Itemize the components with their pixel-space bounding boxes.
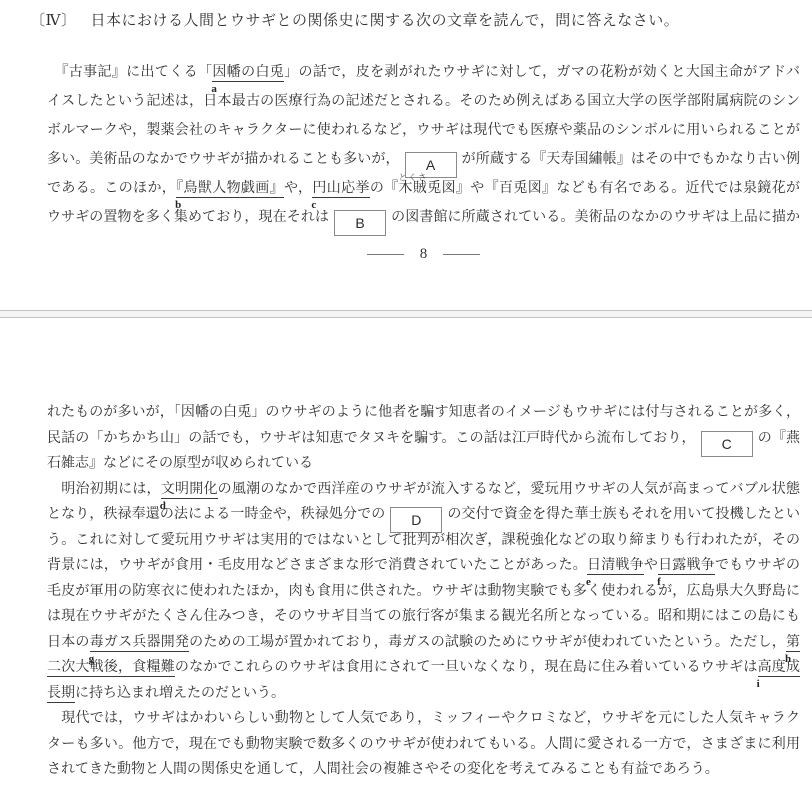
text-run: 背景には，ウサギが食用・毛皮用などさまざまな形で消費されていたことがあった。 [47,558,587,573]
text-run: 『古事記』に出てくる「 [47,65,212,80]
answer-box-b: B [334,210,386,236]
page2-passage: れたものが多いが，「因幡の白兎」のウサギのように他者を騙す知恵者のイメージもウサ… [47,400,800,783]
text-line: れたものが多いが，「因幡の白兎」のウサギのように他者を騙す知恵者のイメージもウサ… [47,400,800,426]
text-run: の『 [370,181,399,196]
text-run: の交付で資金を得た華士族もそれを用いて投機したとい [447,507,800,522]
furigana: とくさ [399,174,428,182]
heading-text: 日本における人間とウサギとの関係史に関する次の文章を読んで，問に答えなさい。 [91,13,680,29]
text-run: や， [284,181,312,196]
text-line: 二次大戦後，食糧難のなかでこれらのウサギは食用にされて一旦いなくなり，現在島に住… [47,655,800,681]
text-run: ボルマークや，製薬会社のキャラクターに使われるなど，ウサギは現代でも医療や薬品の… [47,123,800,138]
underlined-term: h第 [786,635,800,652]
text-line: 明治初期には，d文明開化の風潮のなかで西洋産のウサギが流入するなど，愛玩用ウサギ… [47,477,800,503]
underlined-term: b『鳥獣人物戯画』 [176,181,284,198]
text-run: に持ち込まれ増えたのだという。 [75,686,285,701]
text-line: 背景には，ウサギが食用・毛皮用などさまざまな形で消費されていたことがあった。e日… [47,553,800,579]
text-line: 毛皮が軍用の防寒衣に使われたほか，肉も食用に供された。ウサギは動物実験でも多く使… [47,579,800,605]
question-heading: 〔Ⅳ〕日本における人間とウサギとの関係史に関する次の文章を読んで，問に答えなさい… [30,9,679,30]
text-line: 長期に持ち込まれ増えたのだという。 [47,681,800,707]
section-number: 〔Ⅳ〕 [30,13,77,29]
underlined-term: g毒ガス兵器開発 [90,635,189,652]
text-line: 多い。美術品のなかでウサギが描かれることも多いが，Aが所蔵する『天寿国繡帳』はそ… [47,145,800,174]
text-run: である。このほか， [47,181,176,196]
exam-sheet: 〔Ⅳ〕日本における人間とウサギとの関係史に関する次の文章を読んで，問に答えなさい… [0,0,812,786]
text-line: イスしたという記述は，日本最古の医療行為の記述だとされる。そのため例えばある国立… [47,87,800,116]
text-line: は現在ウサギがたくさん住みつき，そのウサギ目当ての旅行客が集まる観光名所となって… [47,604,800,630]
underlined-term: 二次大戦後，食糧難 [47,660,175,677]
text-line: となり，秩禄奉還の法による一時金や，秩禄処分でのDの交付で資金を得た華士族もそれ… [47,502,800,528]
text-line: である。このほか，b『鳥獣人物戯画』や，c円山応挙の『とくさ木賊兎図』や『百兎図… [47,174,800,203]
text-run: 民話の「かちかち山」の話でも，ウサギは知恵でタヌキを騙す。この話は江戸時代から流… [47,431,696,446]
text-line: 『古事記』に出てくる「a因幡の白兎」の話で，皮を剥がれたウサギに対して，ガマの花… [47,58,800,87]
text-run: は現在ウサギがたくさん住みつき，そのウサギ目当ての旅行客が集まる観光名所となって… [47,609,800,624]
text-line: されてきた動物と人間の関係史を通して，人間社会の複雑さやその変化を考えてみること… [47,757,800,783]
ruby-term: とくさ木賊 [399,181,428,196]
text-run: れたものが多いが，「因幡の白兎」のウサギのように他者を騙す知恵者のイメージもウサ… [47,405,800,420]
text-run: う。これに対して愛玩用ウサギは実用的ではないとして批判が相次ぎ，課税強化などの取… [47,533,800,548]
text-run: 現代では，ウサギはかわいらしい動物として人気であり，ミッフィーやクロミなど，ウサ… [47,711,800,726]
page-separator [0,310,812,318]
text-run: 多い。美術品のなかでウサギが描かれることも多いが， [47,152,400,167]
text-run: 明治初期には， [47,482,161,497]
underlined-term: f日露戦争 [658,558,715,575]
page1-passage: 『古事記』に出てくる「a因幡の白兎」の話で，皮を剥がれたウサギに対して，ガマの花… [47,58,800,232]
text-run: や [644,558,658,573]
text-line: ウサギの置物を多く集めており，現在それはBの図書館に所蔵されている。美術品のなか… [47,203,800,232]
page-number-dash-right [443,254,480,255]
underlined-term: i高度成 [758,660,800,677]
text-line: 石雑志』などにその原型が収められている [47,451,800,477]
text-run: されてきた動物と人間の関係史を通して，人間社会の複雑さやその変化を考えてみること… [47,762,719,777]
underlined-term: a因幡の白兎 [212,65,284,82]
text-run: のための工場が置かれており，毒ガスの試験のためにウサギが使われていたという。ただ… [189,635,786,650]
underlined-term: e日清戦争 [587,558,644,575]
paragraph: 明治初期には，d文明開化の風潮のなかで西洋産のウサギが流入するなど，愛玩用ウサギ… [47,477,800,707]
text-run: のなかでこれらのウサギは食用にされて一旦いなくなり，現在島に住み着いているウサギ… [175,660,758,675]
text-run: ターも多い。他方で，現在でも動物実験で数多くのウサギが使われてもいる。人間に愛さ… [47,737,800,752]
underlined-term: d文明開化 [161,482,218,499]
page-number-row: 8 [47,246,800,263]
text-run: 兎図』や『百兎図』なども有名である。近代では泉鏡花が [427,181,800,196]
text-line: ボルマークや，製薬会社のキャラクターに使われるなど，ウサギは現代でも医療や薬品の… [47,116,800,145]
text-run: 毛皮が軍用の防寒衣に使われたほか，肉も食用に供された。ウサギは動物実験でも多く使… [47,584,800,599]
text-run: 日本の [47,635,90,650]
text-run: ウサギの置物を多く集めており，現在それは [47,210,329,225]
text-line: う。これに対して愛玩用ウサギは実用的ではないとして批判が相次ぎ，課税強化などの取… [47,528,800,554]
text-line: 日本のg毒ガス兵器開発のための工場が置かれており，毒ガスの試験のためにウサギが使… [47,630,800,656]
text-run: の『燕 [758,431,800,446]
page-number: 8 [420,246,428,263]
text-run: の図書館に所蔵されている。美術品のなかのウサギは上品に描か [391,210,800,225]
underlined-term: 長期 [47,686,75,703]
text-run: が所蔵する『天寿国繡帳』はその中でもかなり古い例 [462,152,800,167]
underlined-term: c円山応挙 [312,181,369,198]
paragraph: 現代では，ウサギはかわいらしい動物として人気であり，ミッフィーやクロミなど，ウサ… [47,706,800,783]
text-run: の風潮のなかで西洋産のウサギが流入するなど，愛玩用ウサギの人気が高まってバブル状… [218,482,800,497]
text-run: 」の話で，皮を剥がれたウサギに対して，ガマの花粉が効くと大国主命がアドバ [284,65,800,80]
page-number-dash-left [367,254,404,255]
paragraph: 『古事記』に出てくる「a因幡の白兎」の話で，皮を剥がれたウサギに対して，ガマの花… [47,58,800,232]
text-run: となり，秩禄奉還の法による一時金や，秩禄処分での [47,507,385,522]
text-line: ターも多い。他方で，現在でも動物実験で数多くのウサギが使われてもいる。人間に愛さ… [47,732,800,758]
paragraph: れたものが多いが，「因幡の白兎」のウサギのように他者を騙す知恵者のイメージもウサ… [47,400,800,477]
text-line: 現代では，ウサギはかわいらしい動物として人気であり，ミッフィーやクロミなど，ウサ… [47,706,800,732]
text-line: 民話の「かちかち山」の話でも，ウサギは知恵でタヌキを騙す。この話は江戸時代から流… [47,426,800,452]
text-run: 石雑志』などにその原型が収められている [47,456,313,471]
text-run: イスしたという記述は，日本最古の医療行為の記述だとされる。そのため例えばある国立… [47,94,800,109]
text-run: でもウサギの [715,558,800,573]
